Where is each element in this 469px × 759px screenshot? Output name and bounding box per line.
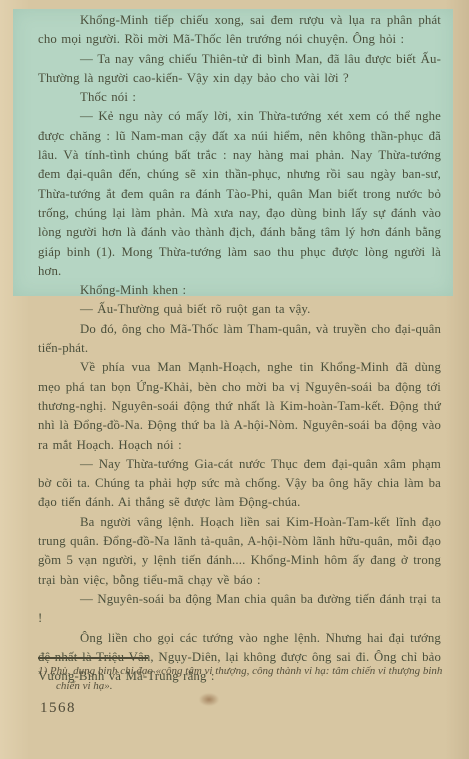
footnote-text: 1) Phù, dụng binh chi đạo «công tâm vi t… [38, 664, 460, 693]
paper-stain [199, 693, 219, 706]
paragraph: Ba người vâng lệnh. Hoạch liền sai Kim-H… [38, 513, 441, 590]
paragraph: Thốc nói : [38, 88, 441, 107]
paragraph: Khổng-Minh tiếp chiếu xong, sai đem rượu… [38, 11, 441, 50]
paragraph: Khổng-Minh khen : [38, 281, 441, 300]
paragraph: — Nguyên-soái ba động Man chia quân ba đ… [38, 590, 441, 629]
footnote-divider [38, 657, 148, 659]
paragraph: — Ấu-Thường quả biết rõ ruột gan ta vậy. [38, 300, 441, 319]
page-number: 1568 [40, 700, 76, 717]
paragraph: Về phía vua Man Mạnh-Hoạch, nghe tin Khổ… [38, 358, 441, 454]
paragraph: — Ta nay vâng chiếu Thiên-tử đi bình Man… [38, 50, 441, 89]
paragraph: — Nay Thừa-tướng Gia-cát nước Thục đem đ… [38, 455, 441, 513]
book-page: Khổng-Minh tiếp chiếu xong, sai đem rượu… [0, 0, 469, 759]
page-text-column: Khổng-Minh tiếp chiếu xong, sai đem rượu… [38, 11, 441, 686]
paragraph: — Kẻ ngu này có mấy lời, xin Thừa-tướng … [38, 107, 441, 281]
paragraph: Do đó, ông cho Mã-Thốc làm Tham-quân, và… [38, 320, 441, 359]
